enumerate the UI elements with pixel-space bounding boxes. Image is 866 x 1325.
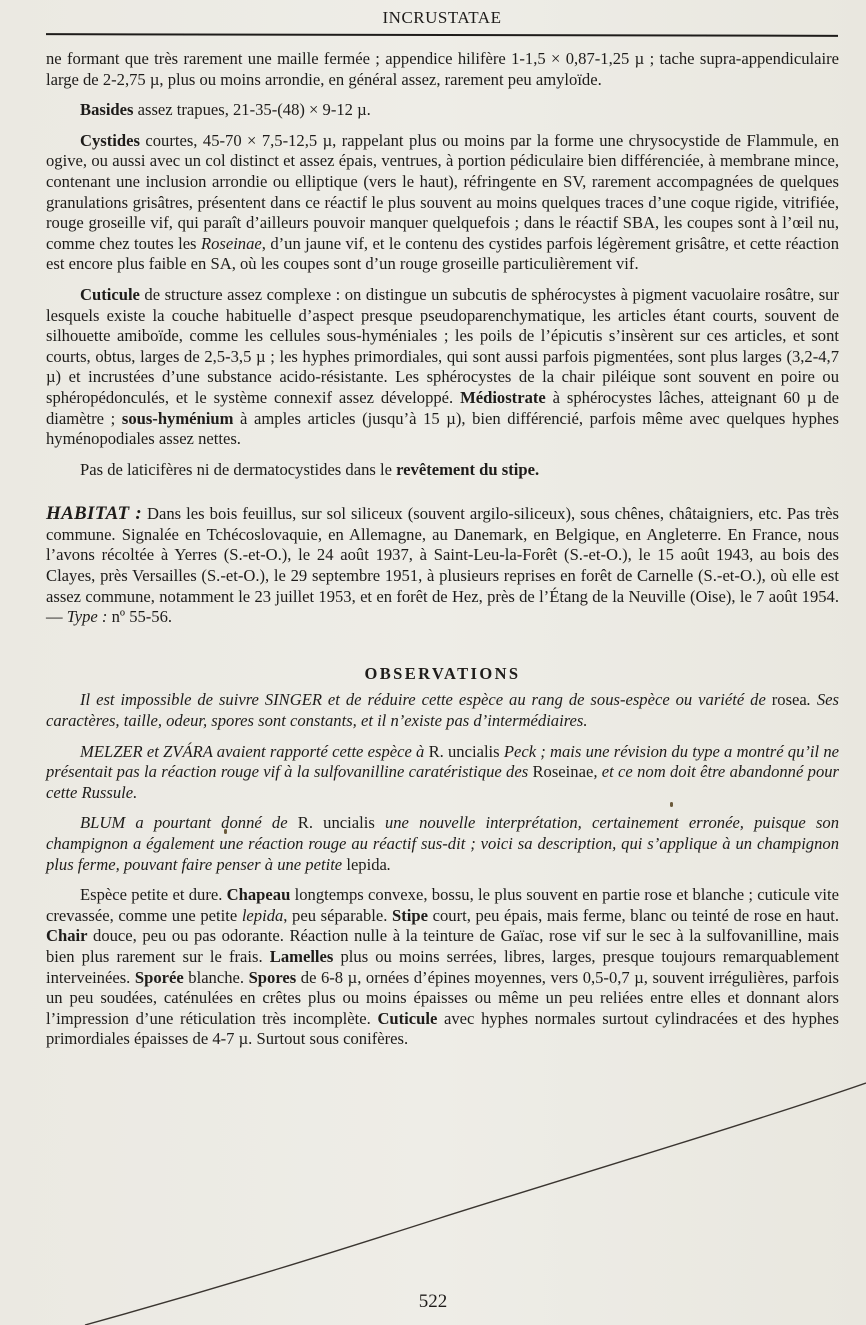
paper-speck xyxy=(670,802,673,807)
paragraph-habitat: HABITAT : Dans les bois feuillus, sur so… xyxy=(46,504,839,628)
paragraph-observation-blum: BLUM a pourtant donné de R. uncialis une… xyxy=(46,813,839,875)
habitat-heading: HABITAT : xyxy=(46,503,142,524)
term-basides: Basides xyxy=(80,100,133,119)
page-body: ne formant que très rarement une maille … xyxy=(46,49,839,1060)
running-title: INCRUSTATAE xyxy=(46,8,838,28)
term-cuticule: Cuticule xyxy=(80,285,140,304)
paragraph-spores-continued: ne formant que très rarement une maille … xyxy=(46,49,839,90)
paragraph-observation-singer: Il est impossible de suivre SINGER et de… xyxy=(46,690,839,731)
paper-speck xyxy=(224,829,227,834)
page-number: 522 xyxy=(0,1291,866,1313)
paragraph-stipe: Pas de laticifères ni de dermatocystides… xyxy=(46,460,839,481)
paragraph-blum-description: Espèce petite et dure. Chapeau longtemps… xyxy=(46,885,839,1050)
paragraph-cystides: Cystides courtes, 45-70 × 7,5-12,5 µ, ra… xyxy=(46,131,839,275)
paragraph-cuticule: Cuticule de structure assez complexe : o… xyxy=(46,285,839,450)
header-rule xyxy=(46,33,838,37)
scanned-book-page: INCRUSTATAE ne formant que très rarement… xyxy=(0,0,866,1325)
paragraph-basides: Basides assez trapues, 21-35-(48) × 9-12… xyxy=(46,100,839,121)
paragraph-observation-melzer: MELZER et ZVÁRA avaient rapporté cette e… xyxy=(46,742,839,804)
term-mediostrate: Médiostrate xyxy=(460,388,546,407)
term-cystides: Cystides xyxy=(80,131,140,150)
observations-heading: OBSERVATIONS xyxy=(46,664,839,685)
term-sous-hymenium: sous-hyménium xyxy=(122,409,234,428)
term-revetement-stipe: revêtement du stipe. xyxy=(396,460,539,479)
